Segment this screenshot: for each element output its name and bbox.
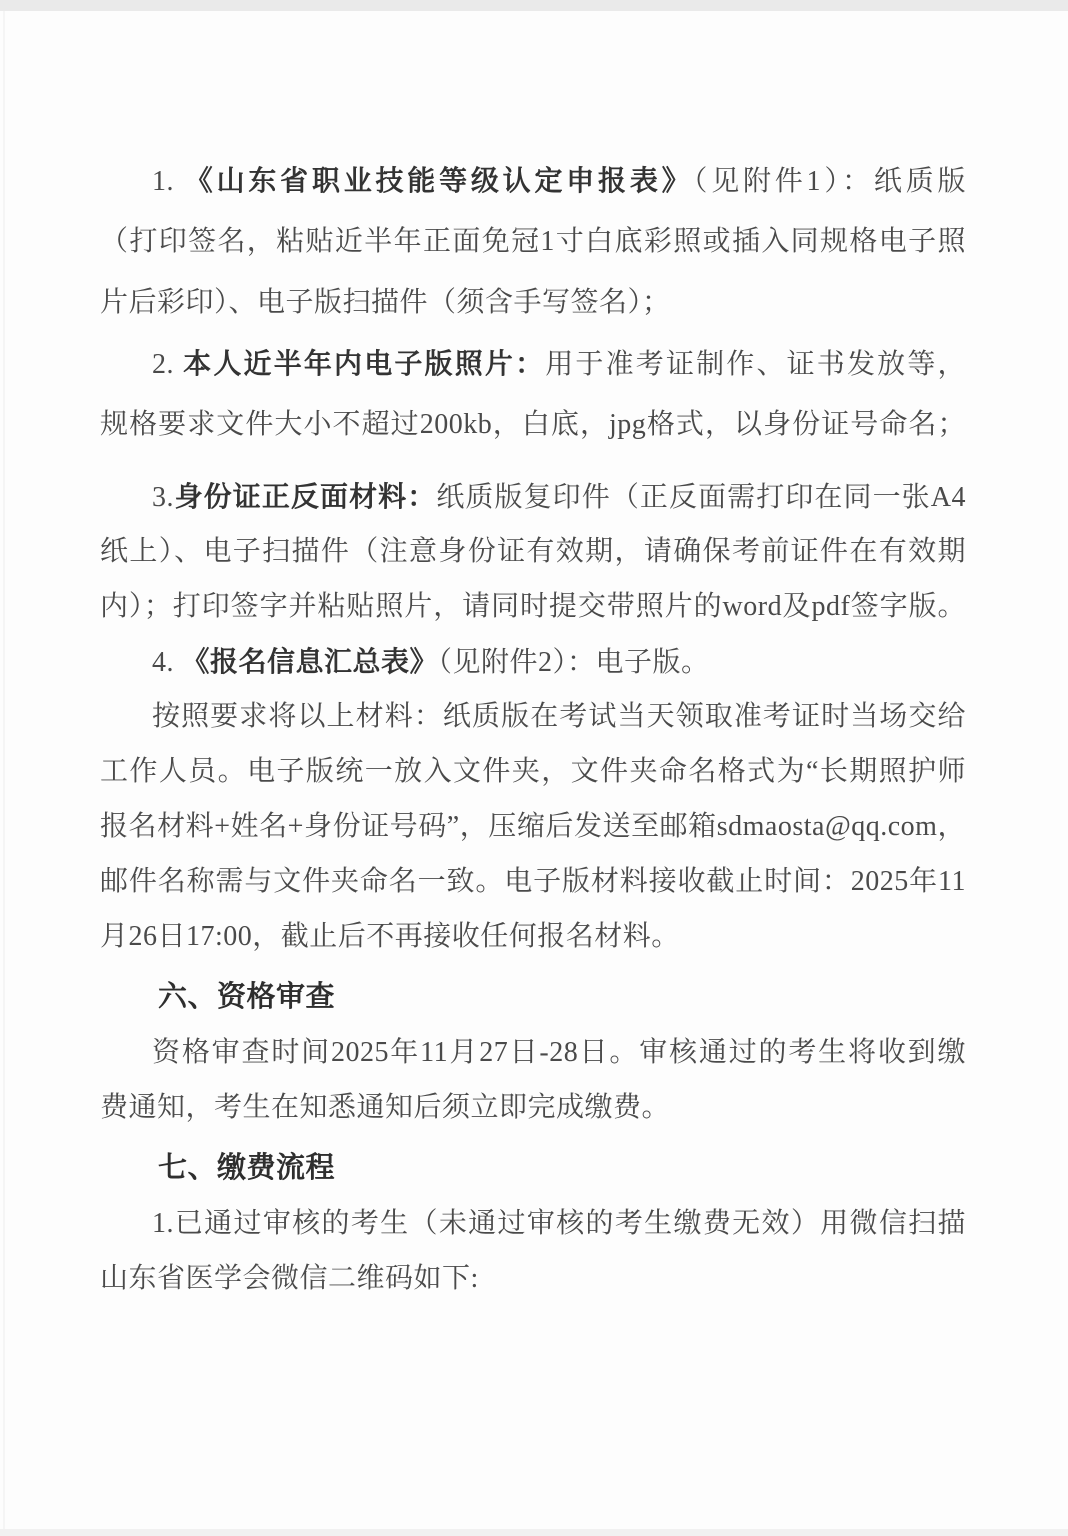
section-7-line-1: 1.已通过审核的考生（未通过审核的考生缴费无效）用微信扫描 — [100, 1196, 966, 1251]
item-1-number: 1. — [152, 166, 185, 197]
item-1-text: （见附件1）：纸质版 — [693, 166, 966, 197]
material-item-1-line-1: 1. 《山东省职业技能等级认定申报表》（见附件1）：纸质版 — [100, 150, 966, 211]
item-4-title: 《报名信息汇总表》 — [182, 646, 439, 677]
submission-note-line-5: 月26日17:00，截止后不再接收任何报名材料。 — [100, 909, 966, 964]
item-3-title: 身份证正反面材料： — [174, 481, 436, 512]
section-7-line-2: 山东省医学会微信二维码如下: — [100, 1251, 966, 1306]
material-item-4-line-1: 4. 《报名信息汇总表》（见附件2）：电子版。 — [100, 634, 966, 689]
submission-note-line-4: 邮件名称需与文件夹命名一致。电子版材料接收截止时间：2025年11 — [100, 854, 966, 909]
submission-note-line-1: 按照要求将以上材料：纸质版在考试当天领取准考证时当场交给 — [100, 689, 966, 744]
material-item-3-line-3: 内）；打印签字并粘贴照片，请同时提交带照片的word及pdf签字版。 — [100, 579, 966, 634]
item-3-text: 纸质版复印件（正反面需打印在同一张A4 — [436, 482, 966, 513]
submission-note-line-2: 工作人员。电子版统一放入文件夹，文件夹命名格式为“长期照护师 — [100, 744, 966, 799]
item-3-number: 3. — [152, 482, 174, 513]
submission-note-line-3: 报名材料+姓名+身份证号码”，压缩后发送至邮箱sdmaosta@qq.com， — [100, 799, 966, 854]
section-7-heading: 七、缴费流程 — [100, 1140, 966, 1196]
material-item-1-line-3: 片后彩印）、电子版扫描件（须含手写签名）； — [100, 272, 966, 333]
material-item-1-line-2: （打印签名，粘贴近半年正面免冠1寸白底彩照或插入同规格电子照 — [100, 211, 966, 272]
material-item-2-line-1: 2. 本人近半年内电子版照片：用于准考证制作、证书发放等， — [100, 333, 966, 394]
section-6-line-2: 费通知，考生在知悉通知后须立即完成缴费。 — [100, 1080, 966, 1135]
scanned-notice-page: 1. 《山东省职业技能等级认定申报表》（见附件1）：纸质版 （打印签名，粘贴近半… — [0, 0, 1068, 1536]
item-4-number: 4. — [152, 647, 182, 678]
page-edge-bottom — [0, 1529, 1068, 1536]
item-4-text: （见附件2）：电子版。 — [438, 647, 710, 678]
section-6-line-1: 资格审查时间2025年11月27日-28日。审核通过的考生将收到缴 — [100, 1025, 966, 1080]
notice-content: 1. 《山东省职业技能等级认定申报表》（见附件1）：纸质版 （打印签名，粘贴近半… — [0, 0, 1068, 1306]
item-2-text: 用于准考证制作、证书发放等， — [545, 349, 966, 380]
section-7-step-text: 已通过审核的考生（未通过审核的考生缴费无效）用微信扫描 — [174, 1208, 966, 1239]
material-item-3-line-1: 3.身份证正反面材料：纸质版复印件（正反面需打印在同一张A4 — [100, 469, 966, 524]
material-item-2-line-2: 规格要求文件大小不超过200kb，白底，jpg格式，以身份证号命名； — [100, 394, 966, 455]
item-2-number: 2. — [152, 349, 183, 380]
material-item-3-line-2: 纸上）、电子扫描件（注意身份证有效期，请确保考前证件在有效期 — [100, 524, 966, 579]
section-6-heading: 六、资格审查 — [100, 969, 966, 1025]
item-2-title: 本人近半年内电子版照片： — [183, 348, 545, 379]
item-1-title: 《山东省职业技能等级认定申报表》 — [185, 165, 694, 196]
section-7-step-number: 1. — [152, 1208, 174, 1239]
